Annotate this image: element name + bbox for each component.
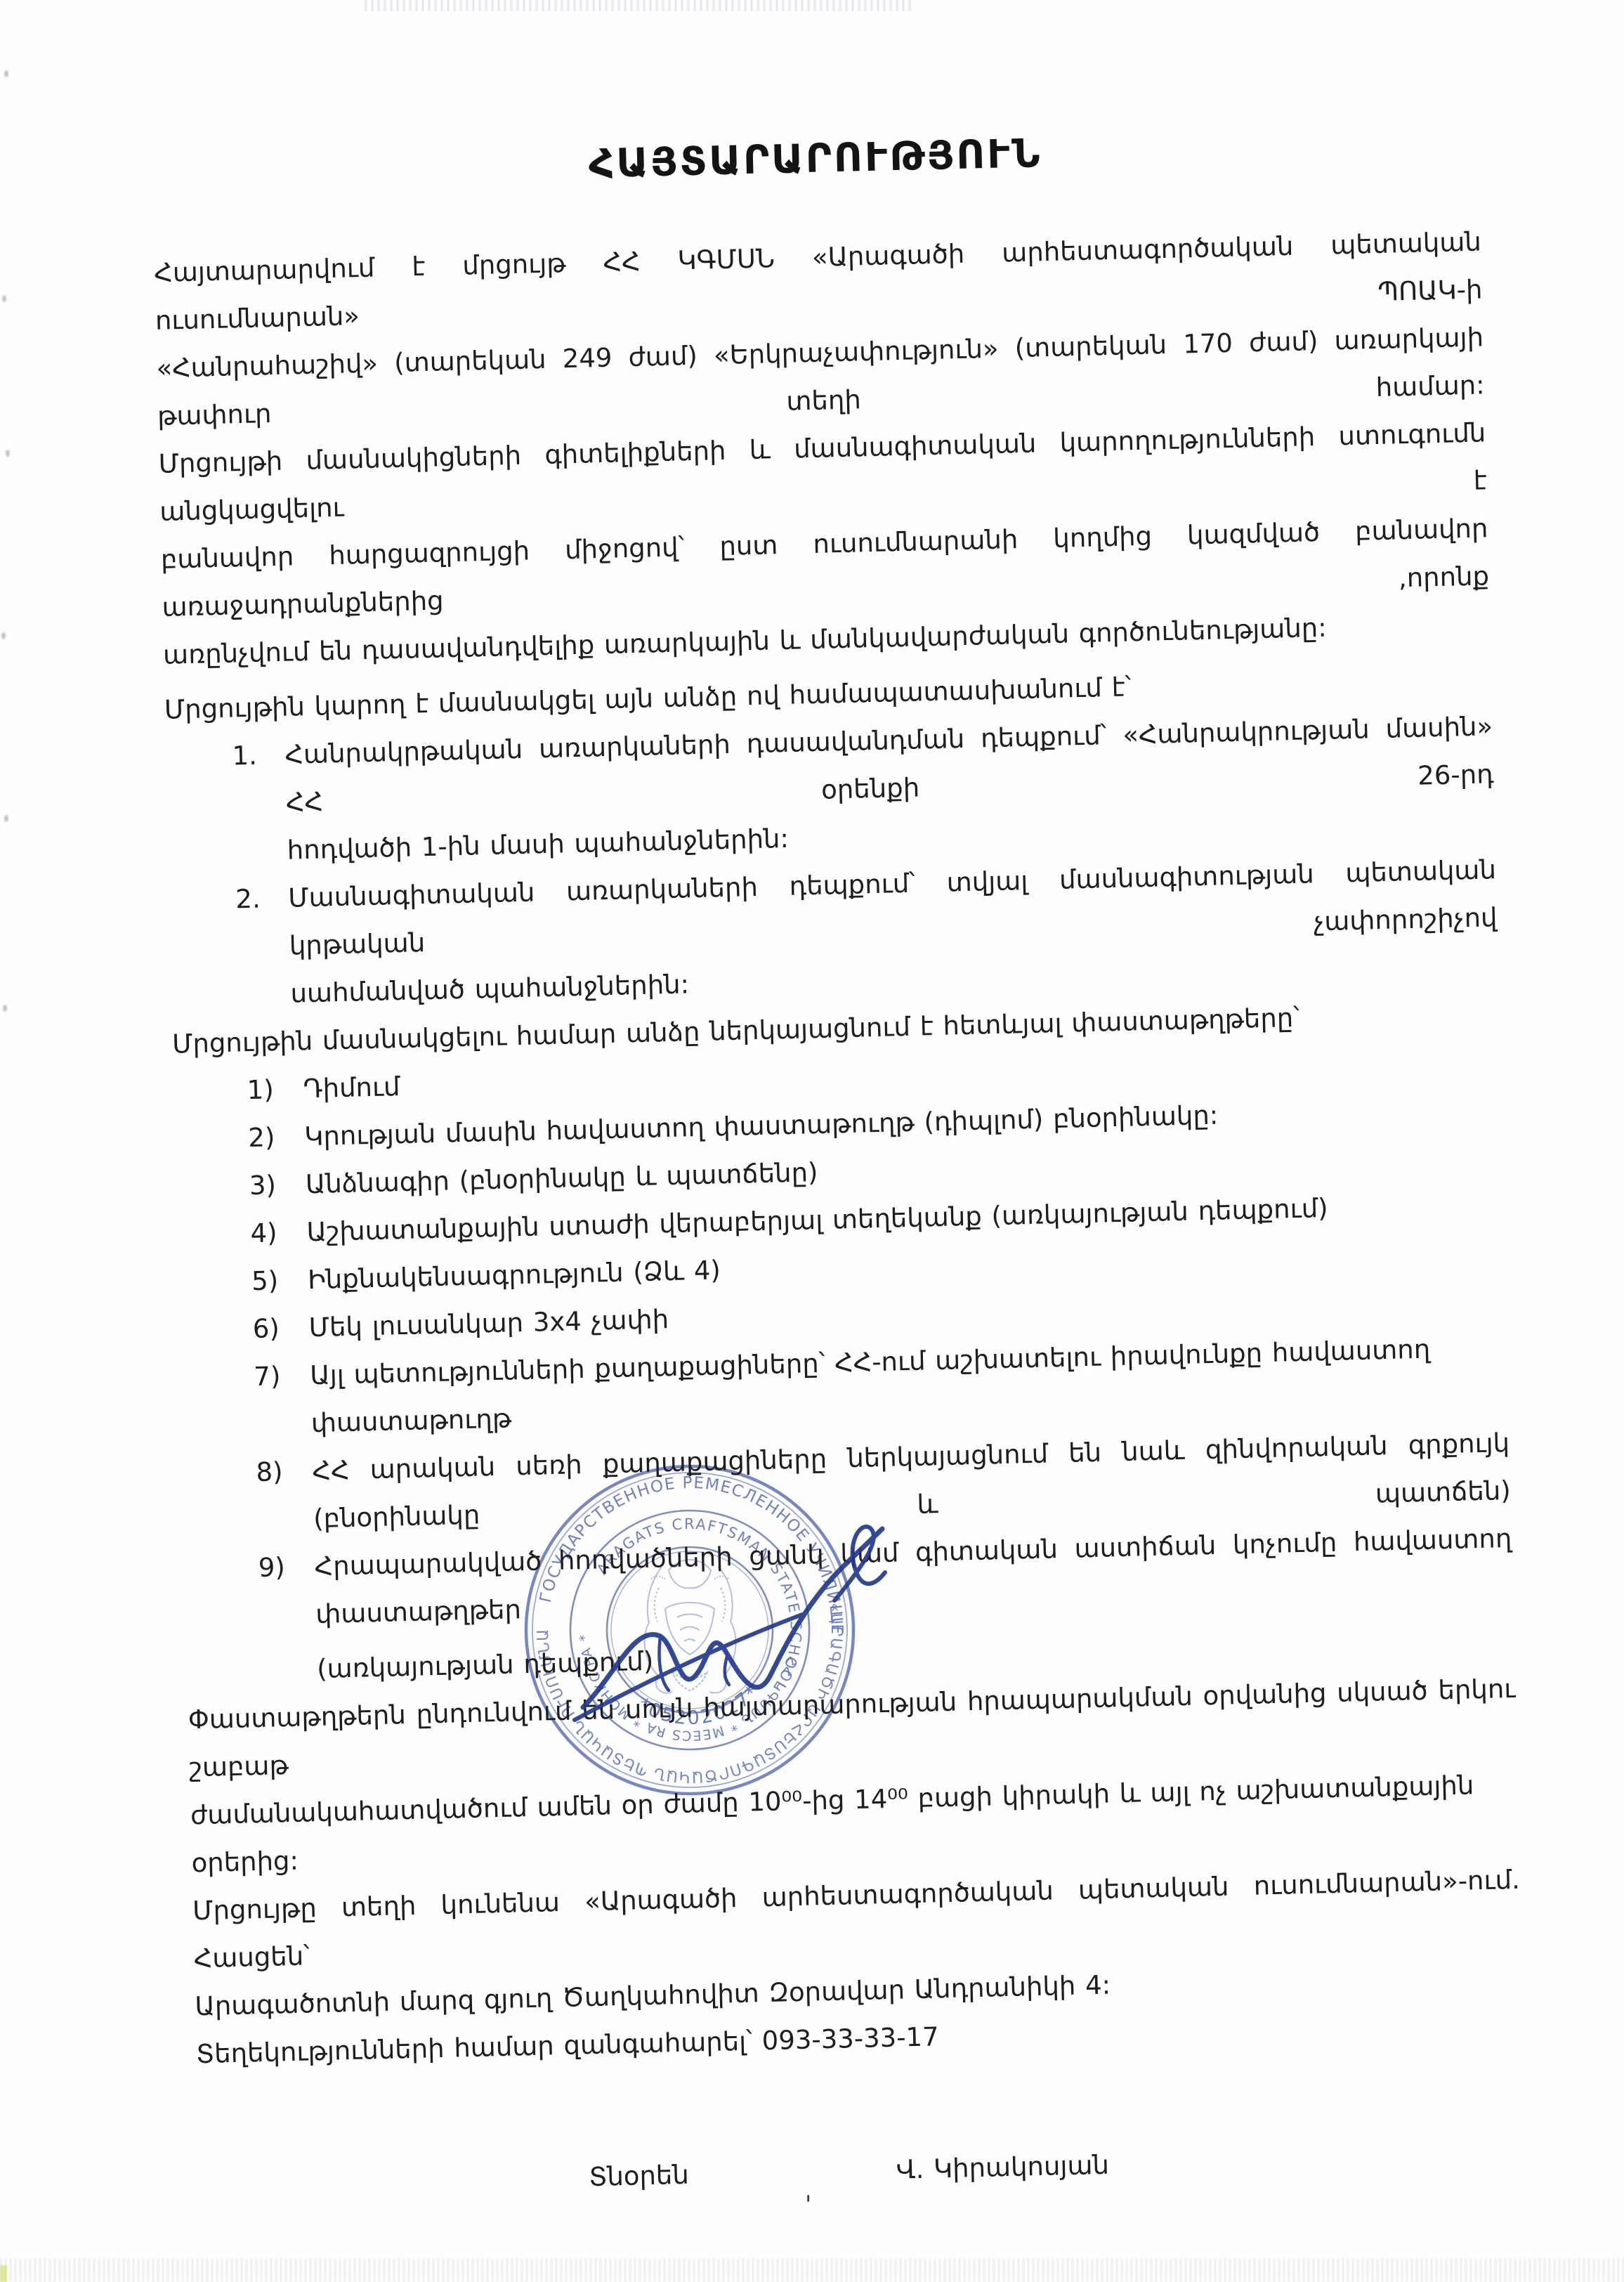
list-number: 1) [247, 1065, 304, 1114]
list-number: 9) [258, 1543, 316, 1640]
list-number: 6) [252, 1304, 310, 1353]
signature-name: Վ. Կիրակոսյան [896, 2141, 1110, 2194]
list-number: 8) [256, 1447, 314, 1544]
scan-speck [6, 450, 10, 457]
scan-speck [1, 632, 6, 639]
scan-speck [4, 70, 8, 77]
signature-role-label: Տնօրեն [589, 2151, 690, 2201]
document-content: ՀԱՅՏԱՐԱՐՈՒԹՅՈՒՆ Հայտարարվում է մրցույթ Հ… [151, 112, 1527, 2210]
page-title: ՀԱՅՏԱՐԱՐՈՒԹՅՈՒՆ [151, 112, 1480, 206]
list-number: 4) [250, 1208, 308, 1258]
list-number: 2) [248, 1113, 306, 1162]
scanned-document-page: ГОСУДАРСТВЕННОЕ РЕМЕСЛЕННОЕ УЧИЛИЩЕ «ԱՐԱ… [0, 0, 1624, 2282]
scan-speck [2, 295, 6, 302]
list-number: 3) [249, 1161, 306, 1210]
director-signature-ink [555, 1497, 892, 1742]
list-number: 7) [254, 1352, 312, 1449]
scan-artifact-top [365, 0, 913, 11]
scan-speck [4, 815, 8, 822]
stray-mark: ' [805, 2191, 811, 2219]
list-number: 1. [232, 731, 287, 828]
scan-artifact-corner [0, 2265, 7, 2282]
list-number: 2. [235, 875, 290, 972]
scan-speck [3, 1005, 7, 1012]
list-number: 5) [251, 1256, 308, 1305]
scan-artifact-bottom [0, 2258, 1624, 2282]
signature-row: Տնօրեն Վ. Կիրակոսյան [199, 2132, 1527, 2211]
